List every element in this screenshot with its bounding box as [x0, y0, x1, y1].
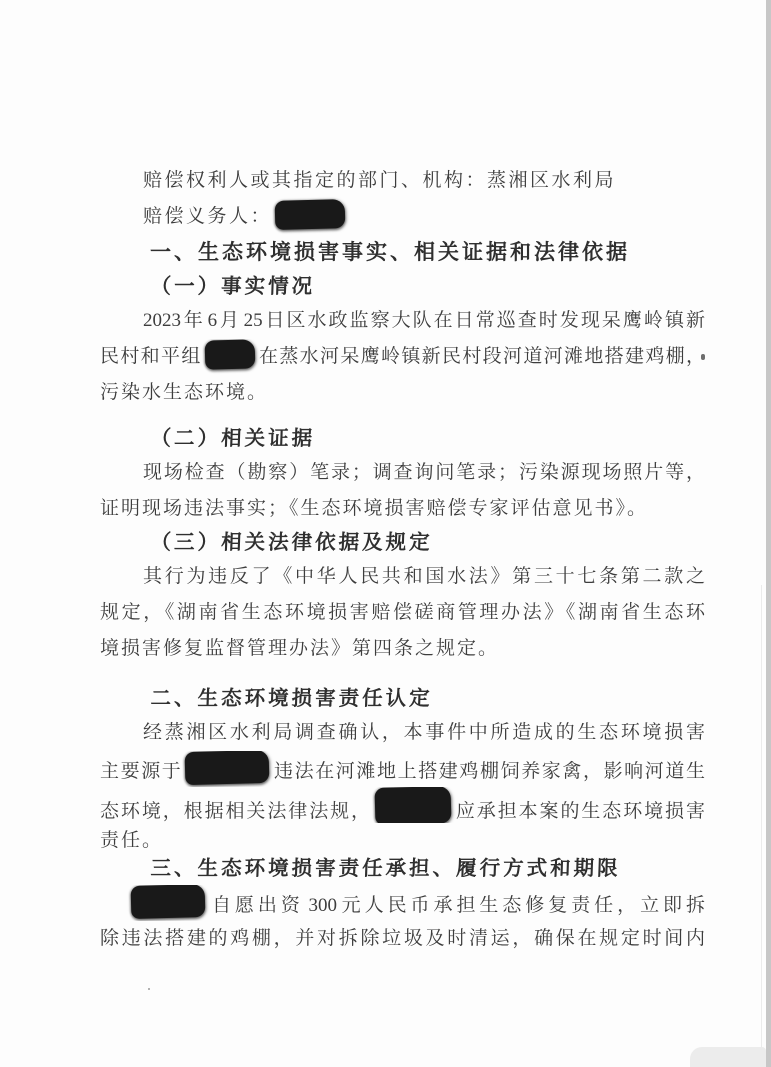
text-run: 自愿出资 300 元人民币承担生态修复责任，立即拆 [208, 895, 705, 916]
text-run: 三、生态环境损害责任承担、履行方式和期限 [150, 858, 621, 880]
text-run: 一、生态环境损害事实、相关证据和法律依据 [150, 241, 630, 264]
scan-speck [148, 988, 150, 990]
redaction-mark [185, 751, 270, 785]
text-run: 污染水生态环境。 [100, 382, 268, 403]
document-line: 赔偿权利人或其指定的部门、机构：蒸湘区水利局 [100, 163, 705, 199]
text-run: 应承担本案的生态环境损害 [454, 801, 705, 822]
text-run: 除违法搭建的鸡棚，并对拆除垃圾及时清运，确保在规定时间内 [100, 928, 705, 949]
document-line: 除违法搭建的鸡棚，并对拆除垃圾及时清运，确保在规定时间内 [100, 921, 705, 957]
redaction-mark [275, 199, 346, 230]
scanned-document-page: 赔偿权利人或其指定的部门、机构：蒸湘区水利局赔偿义务人：一、生态环境损害事实、相… [0, 0, 771, 1067]
document-line: 自愿出资 300 元人民币承担生态修复责任，立即拆 [100, 885, 705, 921]
text-run: 在蒸水河呆鹰岭镇新民村段河道河滩地搭建鸡棚， [258, 346, 705, 367]
document-line: 证明现场违法事实；《生态环境损害赔偿专家评估意见书》。 [100, 491, 705, 527]
redaction-mark [204, 339, 255, 369]
scan-edge-strip [766, 0, 771, 1067]
text-run: 主要源于 [100, 761, 182, 782]
scan-artifact-line [761, 585, 762, 1067]
document-heading: （三）相关法律依据及规定 [100, 527, 706, 559]
document-heading: （二）相关证据 [100, 423, 706, 455]
scan-speck [701, 354, 705, 360]
text-run: 经蒸湘区水利局调查确认，本事件中所造成的生态环境损害 [143, 722, 705, 743]
document-heading: 二、生态环境损害责任认定 [100, 683, 706, 715]
redaction-mark [374, 787, 451, 823]
text-run: 赔偿义务人： [143, 206, 272, 227]
text-run: 赔偿权利人或其指定的部门、机构：蒸湘区水利局 [143, 170, 616, 191]
text-run: （二）相关证据 [150, 428, 315, 450]
document-line: 规定，《湖南省生态环境损害赔偿磋商管理办法》《湖南省生态环 [100, 595, 705, 631]
text-run: 态环境，根据相关法律法规， [100, 801, 372, 822]
document-heading: 三、生态环境损害责任承担、履行方式和期限 [100, 853, 706, 885]
text-run: 其行为违反了《中华人民共和国水法》第三十七条第二款之 [143, 566, 705, 587]
text-run: （一）事实情况 [150, 276, 315, 298]
document-text-area: 赔偿权利人或其指定的部门、机构：蒸湘区水利局赔偿义务人：一、生态环境损害事实、相… [100, 163, 705, 957]
text-run: 民村和平组 [100, 346, 202, 367]
redaction-mark [131, 885, 206, 919]
document-line: 2023 年 6 月 25 日区水政监察大队在日常巡查时发现呆鹰岭镇新 [100, 303, 705, 339]
text-run: 责任。 [100, 830, 163, 851]
document-line: 态环境，根据相关法律法规，应承担本案的生态环境损害 [100, 787, 705, 823]
scan-corner-shadow [690, 1047, 766, 1067]
document-line: 其行为违反了《中华人民共和国水法》第三十七条第二款之 [100, 559, 705, 595]
text-run: 现场检查（勘察）笔录；调查询问笔录；污染源现场照片等， [143, 462, 705, 483]
text-run: 规定，《湖南省生态环境损害赔偿磋商管理办法》《湖南省生态环 [100, 602, 705, 623]
text-run: （三）相关法律依据及规定 [150, 532, 433, 554]
document-line: 经蒸湘区水利局调查确认，本事件中所造成的生态环境损害 [100, 715, 705, 751]
text-run: 证明现场违法事实；《生态环境损害赔偿专家评估意见书》。 [100, 498, 648, 519]
document-line: 民村和平组在蒸水河呆鹰岭镇新民村段河道河滩地搭建鸡棚， [100, 339, 705, 375]
document-heading: 一、生态环境损害事实、相关证据和法律依据 [100, 235, 705, 271]
document-line: 主要源于违法在河滩地上搭建鸡棚饲养家禽，影响河道生 [100, 751, 705, 787]
document-heading: （一）事实情况 [100, 271, 706, 303]
document-line: 境损害修复监督管理办法》第四条之规定。 [100, 631, 705, 667]
text-run: 二、生态环境损害责任认定 [150, 688, 433, 710]
document-line: 污染水生态环境。 [100, 375, 705, 411]
text-run: 2023 年 6 月 25 日区水政监察大队在日常巡查时发现呆鹰岭镇新 [143, 310, 705, 331]
document-line: 赔偿义务人： [100, 199, 705, 235]
text-run: 境损害修复监督管理办法》第四条之规定。 [100, 638, 499, 659]
document-line: 现场检查（勘察）笔录；调查询问笔录；污染源现场照片等， [100, 455, 705, 491]
text-run: 违法在河滩地上搭建鸡棚饲养家禽，影响河道生 [272, 761, 705, 782]
